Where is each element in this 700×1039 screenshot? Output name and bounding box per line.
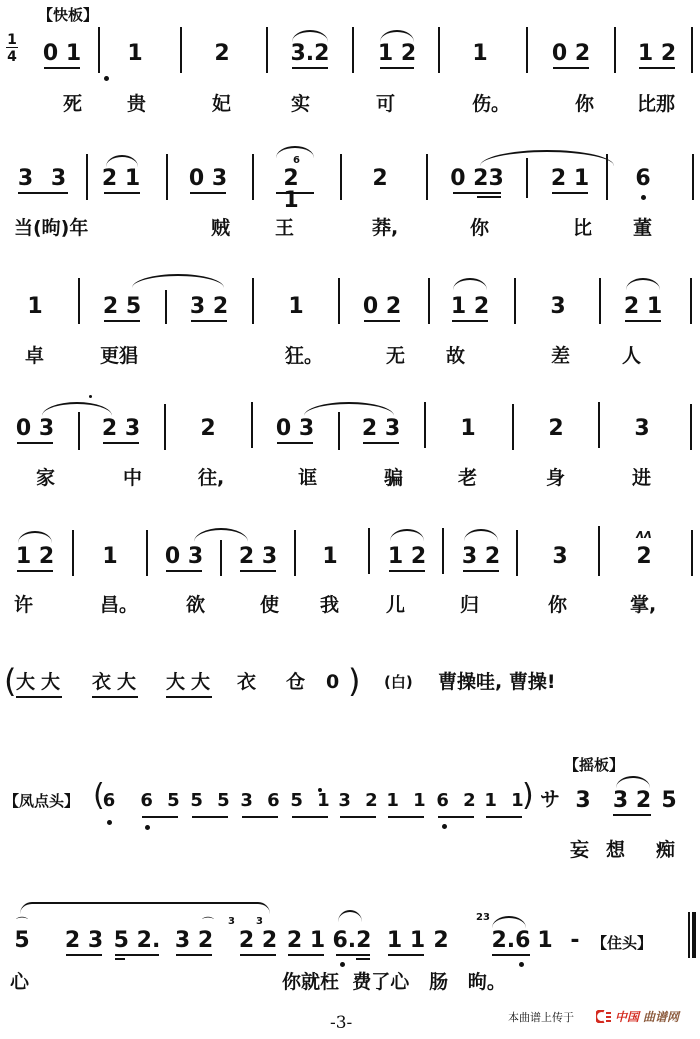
paren-open: ( xyxy=(4,662,16,700)
paren-close: ) xyxy=(348,662,360,700)
note-group: 2 1 xyxy=(272,168,316,212)
lyric: 儿 xyxy=(386,595,405,615)
note-group: 3 2 xyxy=(610,790,654,812)
lyric: 掌, xyxy=(630,595,656,615)
lyric: 比 xyxy=(573,218,592,238)
final-note: 5 2. xyxy=(112,930,162,952)
note-group: 0 2 xyxy=(550,43,592,65)
note-group: 2 3 xyxy=(100,418,142,440)
lyric: 你 xyxy=(470,218,489,238)
final-note: 2 3 xyxy=(64,930,104,952)
lyric: 更猖 xyxy=(100,346,138,366)
note-group: 0 3 xyxy=(14,418,56,440)
percussion-rest: 0 xyxy=(326,672,339,692)
lyric: 比那 xyxy=(637,94,675,114)
lyric: 想 xyxy=(606,840,625,860)
note-group: 1 2 xyxy=(636,43,678,65)
lyric: 贵 xyxy=(127,94,146,114)
note-group: 3 xyxy=(632,418,652,440)
lyric: 我 xyxy=(320,595,339,615)
note-group: 1 2 xyxy=(449,296,491,318)
note-group: 0 3 xyxy=(274,418,316,440)
note-group: 3 2 xyxy=(460,546,502,568)
interlude-note: 5 1 xyxy=(290,790,330,812)
lyric: 无 xyxy=(386,346,405,366)
interlude-note: 6 5 xyxy=(140,790,180,812)
fermata-icon: ⌒ xyxy=(202,914,214,931)
interlude-note: 1 1 xyxy=(386,790,426,812)
lyric: 昌。 xyxy=(100,595,138,615)
lyric: 骗 xyxy=(384,468,403,488)
final-note: 2 xyxy=(432,930,450,952)
lyric: 你就枉 费了心 肠 昫。 xyxy=(282,972,506,992)
final-barline xyxy=(688,912,690,958)
note-group: 1 2 xyxy=(386,546,428,568)
lyric: 妄 xyxy=(570,840,589,860)
note-group: 2 3 xyxy=(237,546,279,568)
note-group: 2 1 xyxy=(549,168,591,190)
note-group: 0 3 xyxy=(187,168,229,190)
note-group: 3 3 xyxy=(14,168,70,190)
lyric: 心 xyxy=(10,972,29,992)
percussion-syllable: 大大 xyxy=(16,672,66,692)
upload-text: 本曲谱上传于 xyxy=(508,1009,574,1025)
percussion-syllable: 衣大 xyxy=(92,672,142,692)
note-group: 0 3 xyxy=(163,546,205,568)
lyric: 莽, xyxy=(372,218,398,238)
note-group: 1 2 xyxy=(14,546,56,568)
lyric: 往, xyxy=(198,468,224,488)
note-group: 0 23 xyxy=(450,168,504,190)
note-group: 2 xyxy=(212,43,232,65)
final-note: 1 xyxy=(536,930,554,952)
tempo-mark-fengdiantou: 【凤点头】 xyxy=(4,790,79,811)
note-group: 1 xyxy=(125,43,145,65)
score-line-5: 1 2 1 0 3 2 3 1 1 2 3 2 3 ʌʌ 2 许 昌。 欲 使 … xyxy=(0,500,700,630)
percussion-syllable: 大大 xyxy=(166,672,216,692)
final-barline xyxy=(692,912,696,958)
note-group: 2 xyxy=(198,418,218,440)
lyric: 许 xyxy=(14,595,33,615)
site-logo-icon xyxy=(596,1008,612,1021)
score-line-3: 1 2 5 3 2 1 0 2 1 2 3 2 1 卓 更猖 狂。 无 故 差 … xyxy=(0,260,700,380)
percussion-syllable: 仓 xyxy=(286,672,305,692)
lyric: 死 xyxy=(63,94,82,114)
note-group: 1 2 xyxy=(376,43,418,65)
trill-mark-icon: ʌʌ xyxy=(636,527,652,541)
lyric: 欲 xyxy=(186,595,205,615)
lyric: 人 xyxy=(622,346,641,366)
lyric: 进 xyxy=(632,468,651,488)
final-note: 2 2 xyxy=(238,930,278,952)
note-group: 0 1 xyxy=(42,43,82,65)
lyric: 故 xyxy=(446,346,465,366)
lyric: 王 xyxy=(275,218,294,238)
lyric: 伤。 xyxy=(472,94,510,114)
note-group: 2 5 xyxy=(101,296,143,318)
final-note: 6.2 xyxy=(332,930,372,952)
free-meter-mark: サ xyxy=(538,788,562,810)
tempo-mark-kuaiban: 【快板】 xyxy=(38,4,98,25)
lyric: 卓 xyxy=(25,346,44,366)
final-note: 2 1 xyxy=(286,930,326,952)
note-group: 2 xyxy=(546,418,566,440)
grace-note: 3 xyxy=(256,916,263,927)
note-group: 1 xyxy=(286,296,306,318)
lyric: 实 xyxy=(291,94,310,114)
lyric: 差 xyxy=(551,346,570,366)
lyric: 归 xyxy=(460,595,479,615)
tempo-mark-yaoban: 【摇板】 xyxy=(564,754,624,775)
lyric: 老 xyxy=(458,468,477,488)
final-note: - xyxy=(566,930,584,952)
score-line-2: 3 3 2 1 0 3 6 2 1 2 0 23 2 1 6 当(昫)年 贼 王… xyxy=(0,130,700,260)
final-note: 2.6 xyxy=(490,930,532,952)
note-group: 0 2 xyxy=(361,296,403,318)
note-group: 1 xyxy=(100,546,120,568)
note-group: 2 1 xyxy=(622,296,664,318)
grace-note: 23 xyxy=(476,912,490,923)
lyric: 可 xyxy=(376,94,395,114)
final-note: 1 1 xyxy=(386,930,426,952)
lyric: 当(昫)年 xyxy=(14,218,88,238)
interlude-note: 3 6 xyxy=(240,790,280,812)
time-signature-bottom: 4 xyxy=(6,50,18,64)
lyric: 贼 xyxy=(211,218,230,238)
page-number: -3- xyxy=(330,1013,352,1033)
score-line-1: 【快板】 1 4 0 1 1 2 3.2 1 2 1 0 2 1 2 死 贵 妃… xyxy=(0,0,700,130)
lyric: 董 xyxy=(633,218,652,238)
lyric: 妃 xyxy=(212,94,231,114)
score-line-4: 0 3 2 3 2 0 3 2 3 1 2 3 家 中 往, 诓 骗 老 身 进 xyxy=(0,380,700,500)
lyric: 你 xyxy=(548,595,567,615)
spoken-marker: (白) xyxy=(384,672,413,692)
note-group: 2 xyxy=(634,546,654,568)
note-group: 3 xyxy=(574,790,592,812)
note-group: 1 xyxy=(25,296,45,318)
note-group: 1 xyxy=(470,43,490,65)
tempo-mark-zhutou: 【住头】 xyxy=(592,932,652,953)
note-group: 3 xyxy=(550,546,570,568)
lyric: 狂。 xyxy=(285,346,323,366)
note-group: 1 xyxy=(320,546,340,568)
lyric: 你 xyxy=(575,94,594,114)
interlude-note: 3 2 xyxy=(338,790,378,812)
site-name-a[interactable]: 中国 xyxy=(615,1008,639,1025)
lyric: 使 xyxy=(260,595,279,615)
note-group: 2 1 xyxy=(100,168,142,190)
lyric: 中 xyxy=(123,468,142,488)
final-line: ⌒ 5 2 3 5 2. 3 2 ⌒ 3 3 2 2 2 1 6.2 1 1 2… xyxy=(0,880,700,990)
site-name-b[interactable]: 曲谱网 xyxy=(643,1008,679,1025)
lyric: 痴 xyxy=(656,840,675,860)
lyric: 家 xyxy=(36,468,55,488)
grace-note: 3 xyxy=(228,916,235,927)
note-group: 5 xyxy=(660,790,678,812)
spoken-text: 曹操哇, 曹操! xyxy=(438,672,556,692)
note-group: 2 xyxy=(370,168,390,190)
interlude-note: 1 1 xyxy=(484,790,524,812)
note-group: 3.2 xyxy=(288,43,332,65)
time-signature-top: 1 xyxy=(6,33,18,47)
percussion-line: ( 大大 衣大 大大 衣 仓 0 ) (白) 曹操哇, 曹操! xyxy=(0,660,700,720)
note-group: 6 xyxy=(633,168,653,190)
note-group: 1 xyxy=(458,418,478,440)
percussion-syllable: 衣 xyxy=(237,672,256,692)
lyric: 身 xyxy=(546,468,565,488)
grace-note: 6 xyxy=(293,155,300,166)
note-group: 2 3 xyxy=(360,418,402,440)
final-note: 3 2 xyxy=(174,930,214,952)
note-group: 3 xyxy=(548,296,568,318)
footer: -3- 本曲谱上传于 中国 曲谱网 xyxy=(0,1005,700,1039)
final-note: 5 xyxy=(12,930,32,952)
paren-close: ) xyxy=(522,778,534,813)
interlude-line: 【摇板】 【凤点头】 ( 6 6 5 5 5 3 6 5 1 3 2 1 1 6… xyxy=(0,740,700,880)
interlude-note: 5 5 xyxy=(190,790,230,812)
lyric: 诓 xyxy=(298,468,317,488)
interlude-note: 6 xyxy=(102,790,116,812)
interlude-note: 6 2 xyxy=(436,790,476,812)
note-group: 3 2 xyxy=(188,296,230,318)
